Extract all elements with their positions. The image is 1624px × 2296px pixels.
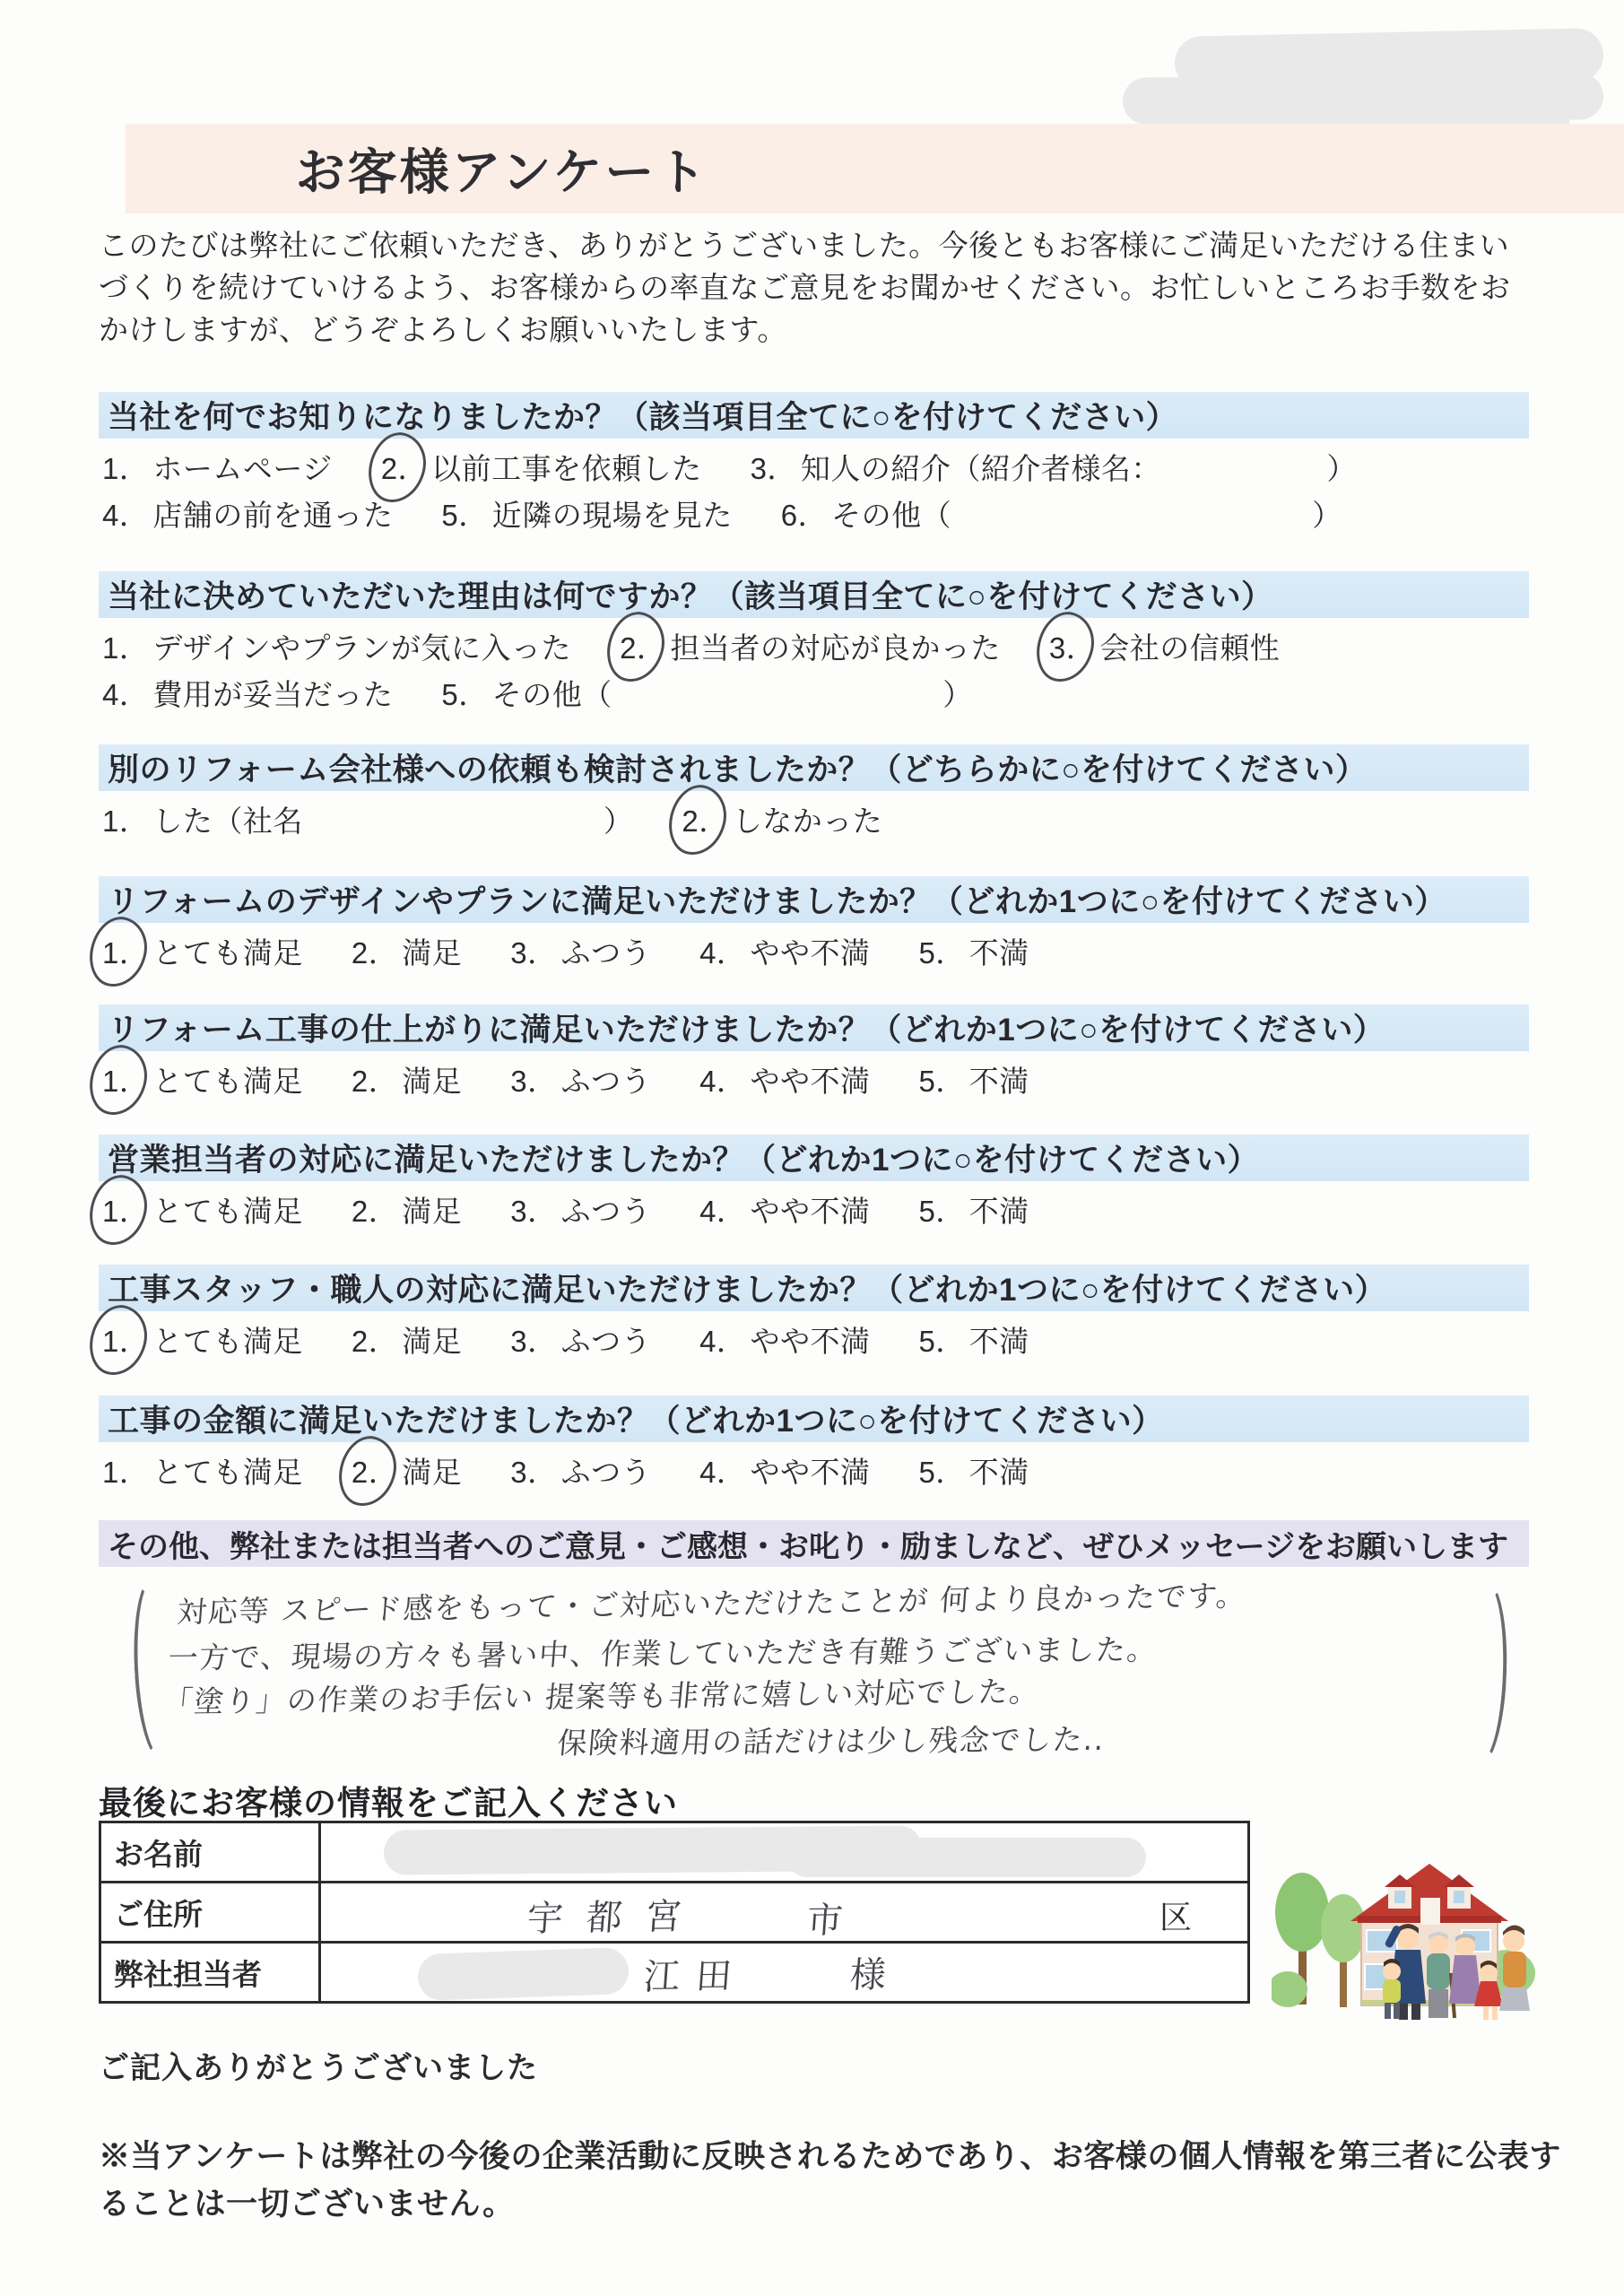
option-number: 4． — [102, 672, 149, 714]
question-block-2: 当社に決めていただいた理由は何ですか？（該当項目全てに○を付けてください）1．デ… — [99, 571, 1529, 618]
option-label: その他（ ） — [492, 672, 973, 714]
option-number: 3． — [510, 1318, 557, 1361]
handwritten-city: 宇都宮 — [525, 1888, 707, 1942]
option: 1．とても満足 — [102, 1058, 303, 1100]
handwritten-paren-right-icon — [1456, 1579, 1509, 1766]
question-header: 当社を何でお知りになりましたか？（該当項目全てに○を付けてください） — [99, 392, 1529, 439]
question-options-line: 1．とても満足2．満足3．ふつう4．やや不満5．不満 — [102, 930, 1029, 972]
option-label: ふつう — [561, 1318, 652, 1361]
option: 4．やや不満 — [699, 1058, 870, 1100]
option-number: 1． — [102, 625, 149, 667]
address-value-cell: 宇都宮 市 区 — [321, 1883, 1247, 1941]
option: 1．とても満足 — [102, 930, 303, 972]
question-header: 当社に決めていただいた理由は何ですか？（該当項目全てに○を付けてください） — [99, 571, 1529, 618]
option: 5．不満 — [918, 1058, 1029, 1100]
option-number-circled: 3． — [1049, 625, 1096, 667]
option-number: 5． — [441, 492, 488, 535]
option: 1．ホームページ — [102, 446, 333, 488]
option: 5．不満 — [918, 930, 1029, 972]
option-label: やや不満 — [750, 1058, 870, 1100]
question-header: リフォームのデザインやプランに満足いただけましたか？（どれか1つに○を付けてくだ… — [99, 876, 1529, 923]
option-label: 不満 — [969, 1318, 1029, 1361]
option: 1．とても満足 — [102, 1188, 303, 1231]
option: 2．満足 — [352, 930, 462, 972]
option-number: 3． — [510, 1188, 557, 1231]
option-number: 5． — [918, 930, 965, 972]
redaction-blob-representative — [417, 1947, 630, 2001]
question-options-line: 1．ホームページ2．以前工事を依頼した3．知人の紹介（紹介者様名： ） — [102, 446, 1357, 488]
option-number: 5． — [918, 1318, 965, 1361]
option-number: 1． — [102, 1449, 149, 1492]
option: 2．満足 — [352, 1449, 462, 1492]
question-block-7: 工事スタッフ・職人の対応に満足いただけましたか？（どれか1つに○を付けてください… — [99, 1265, 1529, 1311]
name-value-cell — [321, 1823, 1247, 1881]
option-number: 3． — [751, 446, 797, 488]
option-label: 満足 — [402, 930, 462, 972]
question-header: 別のリフォーム会社様への依頼も検討されましたか？（どちらかに○を付けてください） — [99, 744, 1529, 791]
option: 4．やや不満 — [699, 1188, 870, 1231]
option-number-circled: 2． — [381, 446, 428, 488]
option-number-circled: 2． — [620, 625, 666, 667]
handwritten-comment-line: 「塗り」の作業のお手伝い 提案等も非常に嬉しい対応でした。 — [161, 1668, 1042, 1721]
option-number: 1． — [102, 798, 149, 840]
option-label: 会社の信頼性 — [1099, 625, 1280, 667]
option-label: 満足 — [402, 1058, 462, 1100]
option-label: やや不満 — [750, 1318, 870, 1361]
option-label: 満足 — [402, 1188, 462, 1231]
option-number: 5． — [918, 1188, 965, 1231]
option-label: ふつう — [561, 1449, 652, 1492]
option: 1．した（社名 ） — [102, 798, 633, 840]
option-label: 不満 — [969, 1449, 1029, 1492]
option-label: ホームページ — [152, 446, 332, 488]
question-block-6: 営業担当者の対応に満足いただけましたか？（どれか1つに○を付けてください）1．と… — [99, 1135, 1529, 1181]
option-number: 2． — [352, 1058, 398, 1100]
option: 4．やや不満 — [699, 1318, 870, 1361]
option-label: ふつう — [561, 1188, 652, 1231]
question-header: 営業担当者の対応に満足いただけましたか？（どれか1つに○を付けてください） — [99, 1135, 1529, 1181]
option-label: ふつう — [561, 1058, 652, 1100]
option-label: とても満足 — [152, 1188, 303, 1231]
option-number: 5． — [441, 672, 488, 714]
option: 3．ふつう — [510, 930, 651, 972]
option-label: 担当者の対応が良かった — [670, 625, 1001, 667]
option-label: した（社名 ） — [152, 798, 633, 840]
option-number: 4． — [699, 1188, 746, 1231]
option: 5．近隣の現場を見た — [441, 492, 732, 535]
option-number: 2． — [352, 930, 398, 972]
option-number-circled: 2． — [352, 1449, 398, 1492]
option-label: しなかった — [733, 798, 883, 840]
option-number: 3． — [510, 930, 557, 972]
option: 1．とても満足 — [102, 1449, 303, 1492]
table-row-name: お名前 — [101, 1823, 1247, 1883]
option-number: 4． — [699, 1058, 746, 1100]
option-label: 不満 — [969, 1058, 1029, 1100]
option-label: とても満足 — [152, 1318, 303, 1361]
handwritten-representative-name: 江田 — [642, 1947, 750, 2000]
option-number: 4． — [699, 930, 746, 972]
option-number: 4． — [699, 1449, 746, 1492]
table-row-representative: 弊社担当者 江田 様 — [101, 1944, 1247, 2001]
option-label: 満足 — [402, 1449, 462, 1492]
option-number: 3． — [510, 1058, 557, 1100]
option-label: 以前工事を依頼した — [431, 446, 702, 488]
option-label: 不満 — [969, 930, 1029, 972]
option: 5．不満 — [918, 1318, 1029, 1361]
option-number: 1． — [102, 446, 149, 488]
option-label: やや不満 — [750, 1188, 870, 1231]
option: 4．費用が妥当だった — [102, 672, 393, 714]
option-label: とても満足 — [152, 1058, 303, 1100]
option-label: 費用が妥当だった — [152, 672, 393, 714]
option: 2．担当者の対応が良かった — [620, 625, 1001, 667]
option-number-circled: 1． — [102, 930, 149, 972]
option: 2．しなかった — [682, 798, 882, 840]
option-label: とても満足 — [152, 1449, 303, 1492]
option: 2．満足 — [352, 1318, 462, 1361]
row-label: お名前 — [101, 1823, 321, 1881]
option-number-circled: 1． — [102, 1058, 149, 1100]
question-header: 工事スタッフ・職人の対応に満足いただけましたか？（どれか1つに○を付けてください… — [99, 1265, 1529, 1311]
option-number: 5． — [918, 1058, 965, 1100]
handwritten-comment-line: 対応等 スピード感をもって・ご対応いただけたことが 何より良かったです。 — [176, 1572, 1248, 1631]
row-label: 弊社担当者 — [101, 1944, 321, 2001]
option-label: 近隣の現場を見た — [492, 492, 733, 535]
option-label: ふつう — [561, 930, 652, 972]
option-number-circled: 1． — [102, 1318, 149, 1361]
page-title: お客様アンケート — [224, 133, 780, 204]
option: 5．その他（ ） — [441, 672, 972, 714]
option-label: やや不満 — [750, 1449, 870, 1492]
privacy-note: ※当アンケートは弊社の今後の企業活動に反映されるためであり、お客様の個人情報を第… — [99, 2133, 1583, 2228]
intro-text: このたびは弊社にご依頼いただき、ありがとうございました。今後ともお客様にご満足い… — [99, 224, 1533, 351]
option-label: やや不満 — [750, 930, 870, 972]
option-label: 知人の紹介（紹介者様名： ） — [801, 446, 1357, 488]
option-label: デザインやプランが気に入った — [152, 625, 571, 667]
option: 5．不満 — [918, 1188, 1029, 1231]
option-number: 2． — [352, 1188, 398, 1231]
option: 6．その他（ ） — [781, 492, 1342, 535]
question-block-1: 当社を何でお知りになりましたか？（該当項目全てに○を付けてください）1．ホームペ… — [99, 392, 1529, 439]
option: 4．店舗の前を通った — [102, 492, 393, 535]
table-row-address: ご住所 宇都宮 市 区 — [101, 1883, 1247, 1944]
handwritten-comment-line: 保険料適用の話だけは少し残念でした.. — [556, 1717, 1107, 1762]
question-options-line: 4．費用が妥当だった5．その他（ ） — [102, 672, 973, 714]
option: 4．やや不満 — [699, 1449, 870, 1492]
option: 1．デザインやプランが気に入った — [102, 625, 571, 667]
option: 3．ふつう — [510, 1188, 651, 1231]
question-options-line: 1．とても満足2．満足3．ふつう4．やや不満5．不満 — [102, 1188, 1029, 1231]
thanks-text: ご記入ありがとうございました — [99, 2043, 538, 2087]
option-number: 4． — [102, 492, 149, 535]
family-house-illustration — [1272, 1839, 1541, 2030]
handwritten-sama: 様 — [848, 1946, 890, 1998]
message-section-header: その他、弊社または担当者へのご意見・ご感想・お叱り・励ましなど、ぜひメッセージを… — [99, 1520, 1529, 1567]
option-number: 3． — [510, 1449, 557, 1492]
option-label: 満足 — [402, 1318, 462, 1361]
printed-ku: 区 — [1159, 1892, 1192, 1938]
option: 2．満足 — [352, 1188, 462, 1231]
option-label: 店舗の前を通った — [152, 492, 393, 535]
option-label: とても満足 — [152, 930, 303, 972]
option-label: その他（ ） — [831, 492, 1342, 535]
customer-info-table: お名前 ご住所 宇都宮 市 区 弊社担当者 江田 様 — [99, 1821, 1250, 2004]
option-number-circled: 2． — [682, 798, 728, 840]
option-number: 5． — [918, 1449, 965, 1492]
redaction-blob-name — [787, 1838, 1146, 1877]
option: 3．ふつう — [510, 1318, 651, 1361]
question-block-3: 別のリフォーム会社様への依頼も検討されましたか？（どちらかに○を付けてください）… — [99, 744, 1529, 791]
question-header: 工事の金額に満足いただけましたか？（どれか1つに○を付けてください） — [99, 1396, 1529, 1442]
representative-value-cell: 江田 様 — [321, 1944, 1247, 2001]
question-options-line: 1．とても満足2．満足3．ふつう4．やや不満5．不満 — [102, 1449, 1029, 1492]
option: 2．以前工事を依頼した — [381, 446, 702, 488]
option: 4．やや不満 — [699, 930, 870, 972]
option: 5．不満 — [918, 1449, 1029, 1492]
option-label: 不満 — [969, 1188, 1029, 1231]
question-options-line: 1．とても満足2．満足3．ふつう4．やや不満5．不満 — [102, 1318, 1029, 1361]
question-options-line: 1．デザインやプランが気に入った2．担当者の対応が良かった3．会社の信頼性 — [102, 625, 1280, 667]
option: 2．満足 — [352, 1058, 462, 1100]
question-options-line: 1．とても満足2．満足3．ふつう4．やや不満5．不満 — [102, 1058, 1029, 1100]
question-block-8: 工事の金額に満足いただけましたか？（どれか1つに○を付けてください）1．とても満… — [99, 1396, 1529, 1442]
question-block-4: リフォームのデザインやプランに満足いただけましたか？（どれか1つに○を付けてくだ… — [99, 876, 1529, 923]
handwritten-shi: 市 — [805, 1892, 847, 1944]
option-number: 4． — [699, 1318, 746, 1361]
question-options-line: 1．した（社名 ）2．しなかった — [102, 798, 882, 840]
option: 3．ふつう — [510, 1058, 651, 1100]
option-number-circled: 1． — [102, 1188, 149, 1231]
option-number: 6． — [781, 492, 828, 535]
option: 1．とても満足 — [102, 1318, 303, 1361]
option-number: 2． — [352, 1318, 398, 1361]
question-options-line: 4．店舗の前を通った5．近隣の現場を見た6．その他（ ） — [102, 492, 1342, 535]
option: 3．知人の紹介（紹介者様名： ） — [751, 446, 1357, 488]
customer-info-header: 最後にお客様の情報をご記入ください — [99, 1776, 678, 1824]
option: 3．会社の信頼性 — [1049, 625, 1280, 667]
option: 3．ふつう — [510, 1449, 651, 1492]
row-label: ご住所 — [101, 1883, 321, 1941]
question-block-5: リフォーム工事の仕上がりに満足いただけましたか？（どれか1つに○を付けてください… — [99, 1004, 1529, 1051]
question-header: リフォーム工事の仕上がりに満足いただけましたか？（どれか1つに○を付けてください… — [99, 1004, 1529, 1051]
survey-scan-page: お客様アンケート このたびは弊社にご依頼いただき、ありがとうございました。今後と… — [0, 0, 1624, 2296]
